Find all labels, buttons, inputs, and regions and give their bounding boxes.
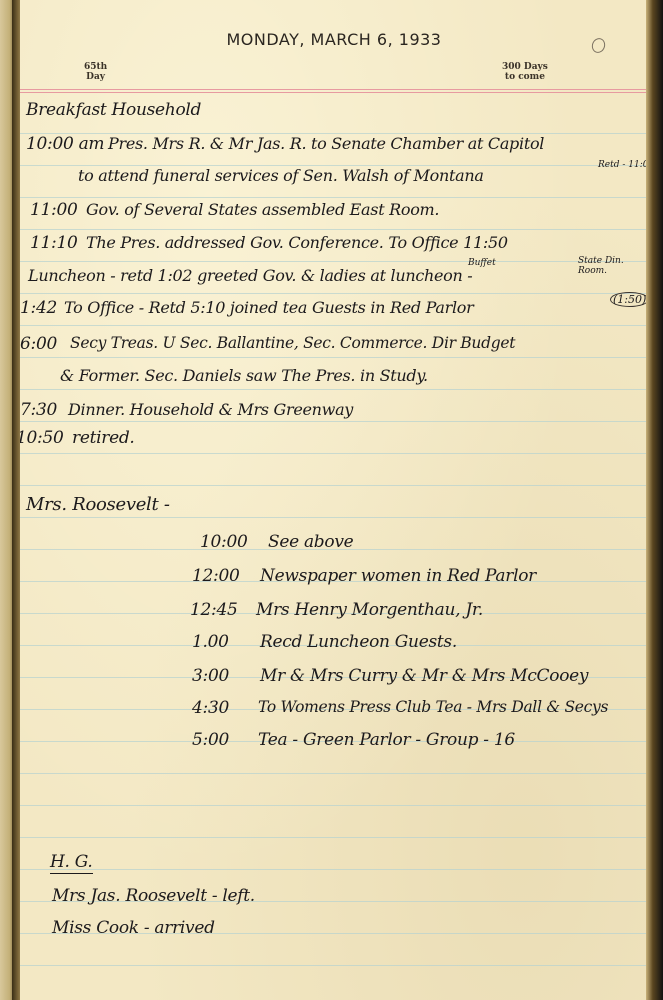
rule-line (20, 837, 648, 838)
entry-funeral: to attend funeral services of Sen. Walsh… (78, 166, 484, 185)
state-dining-line-2: Room. (578, 266, 624, 276)
entry-time: 1.00 (192, 632, 229, 652)
entry-governors: Gov. of Several States assembled East Ro… (86, 200, 439, 219)
days-remaining-label: to come (502, 72, 548, 82)
rule-line (20, 773, 648, 774)
er-entry-green-parlor: Tea - Green Parlor - Group - 16 (258, 730, 515, 750)
state-dining-line-1: State Din. (578, 256, 624, 266)
rule-line (20, 517, 648, 518)
house-guest-entry: Miss Cook - arrived (52, 918, 215, 938)
red-rule (20, 89, 648, 90)
margin-note-retd: Retd - 11:00 (598, 160, 648, 170)
er-entry-curry-mccooey: Mr & Mrs Curry & Mr & Mrs McCooey (260, 666, 588, 686)
diary-page: MONDAY, MARCH 6, 1933 65th Day 300 Days … (20, 0, 648, 1000)
entry-time: 10:50 (20, 428, 64, 448)
entry-time: 6:00 (20, 334, 57, 354)
entry-breakfast: Breakfast Household (26, 100, 201, 120)
entry-time: 10:00 am (26, 134, 104, 154)
entry-dinner: Dinner. Household & Mrs Greenway (68, 400, 353, 419)
entry-time: 5:00 (192, 730, 229, 750)
rule-line (20, 869, 648, 870)
entry-time: 12:45 (190, 600, 238, 620)
right-page-edge (646, 0, 663, 1000)
house-guests-heading: H. G. (50, 852, 93, 874)
entry-conference: The Pres. addressed Gov. Conference. To … (86, 233, 508, 252)
rule-line (20, 229, 648, 230)
entry-senate-chamber: Pres. Mrs R. & Mr Jas. R. to Senate Cham… (108, 134, 544, 153)
entry-cabinet: Secy Treas. U Sec. Ballantine, Sec. Comm… (70, 334, 515, 352)
entry-time: 11:00 (30, 200, 78, 220)
rule-line (20, 965, 648, 966)
mrs-roosevelt-heading: Mrs. Roosevelt - (26, 494, 170, 515)
rule-line (20, 293, 648, 294)
er-entry-see-above: See above (268, 532, 353, 552)
day-label: Day (84, 72, 107, 82)
rule-line (20, 357, 648, 358)
rule-line (20, 805, 648, 806)
entry-office-tea: To Office - Retd 5:10 joined tea Guests … (64, 298, 473, 317)
er-entry-morgenthau: Mrs Henry Morgenthau, Jr. (256, 600, 483, 620)
er-entry-newspaper-women: Newspaper women in Red Parlor (260, 566, 536, 586)
days-remaining: 300 Days to come (502, 62, 548, 82)
rule-line (20, 389, 648, 390)
day-number: 65th (84, 62, 107, 72)
rule-line (20, 197, 648, 198)
er-entry-luncheon-guests: Recd Luncheon Guests. (260, 632, 457, 652)
entry-time: 3:00 (192, 666, 229, 686)
page-date-heading: MONDAY, MARCH 6, 1933 (20, 30, 648, 49)
entry-time: 11:10 (30, 233, 78, 253)
margin-note-state-dining: State Din. Room. (578, 256, 624, 276)
entry-luncheon: Luncheon - retd 1:02 greeted Gov. & ladi… (28, 266, 472, 285)
entry-retired: retired. (72, 428, 135, 448)
margin-note-circled-time: (1:50) (610, 292, 648, 307)
entry-time: 10:00 (200, 532, 248, 552)
day-of-year: 65th Day (84, 62, 107, 82)
entry-time: 1:42 (20, 298, 57, 318)
rule-line (20, 453, 648, 454)
entry-time: 12:00 (192, 566, 240, 586)
rule-line (20, 485, 648, 486)
rule-line (20, 261, 648, 262)
entry-time: 7:30 (20, 400, 57, 420)
days-remaining-number: 300 Days (502, 62, 548, 72)
red-rule (20, 92, 648, 93)
entry-daniels: & Former. Sec. Daniels saw The Pres. in … (60, 366, 428, 385)
er-entry-press-club: To Womens Press Club Tea - Mrs Dall & Se… (258, 698, 608, 716)
entry-time: 4:30 (192, 698, 229, 718)
margin-note-buffet: Buffet (468, 258, 496, 268)
rule-line (20, 325, 648, 326)
rule-line (20, 421, 648, 422)
house-guest-entry: Mrs Jas. Roosevelt - left. (52, 886, 255, 906)
